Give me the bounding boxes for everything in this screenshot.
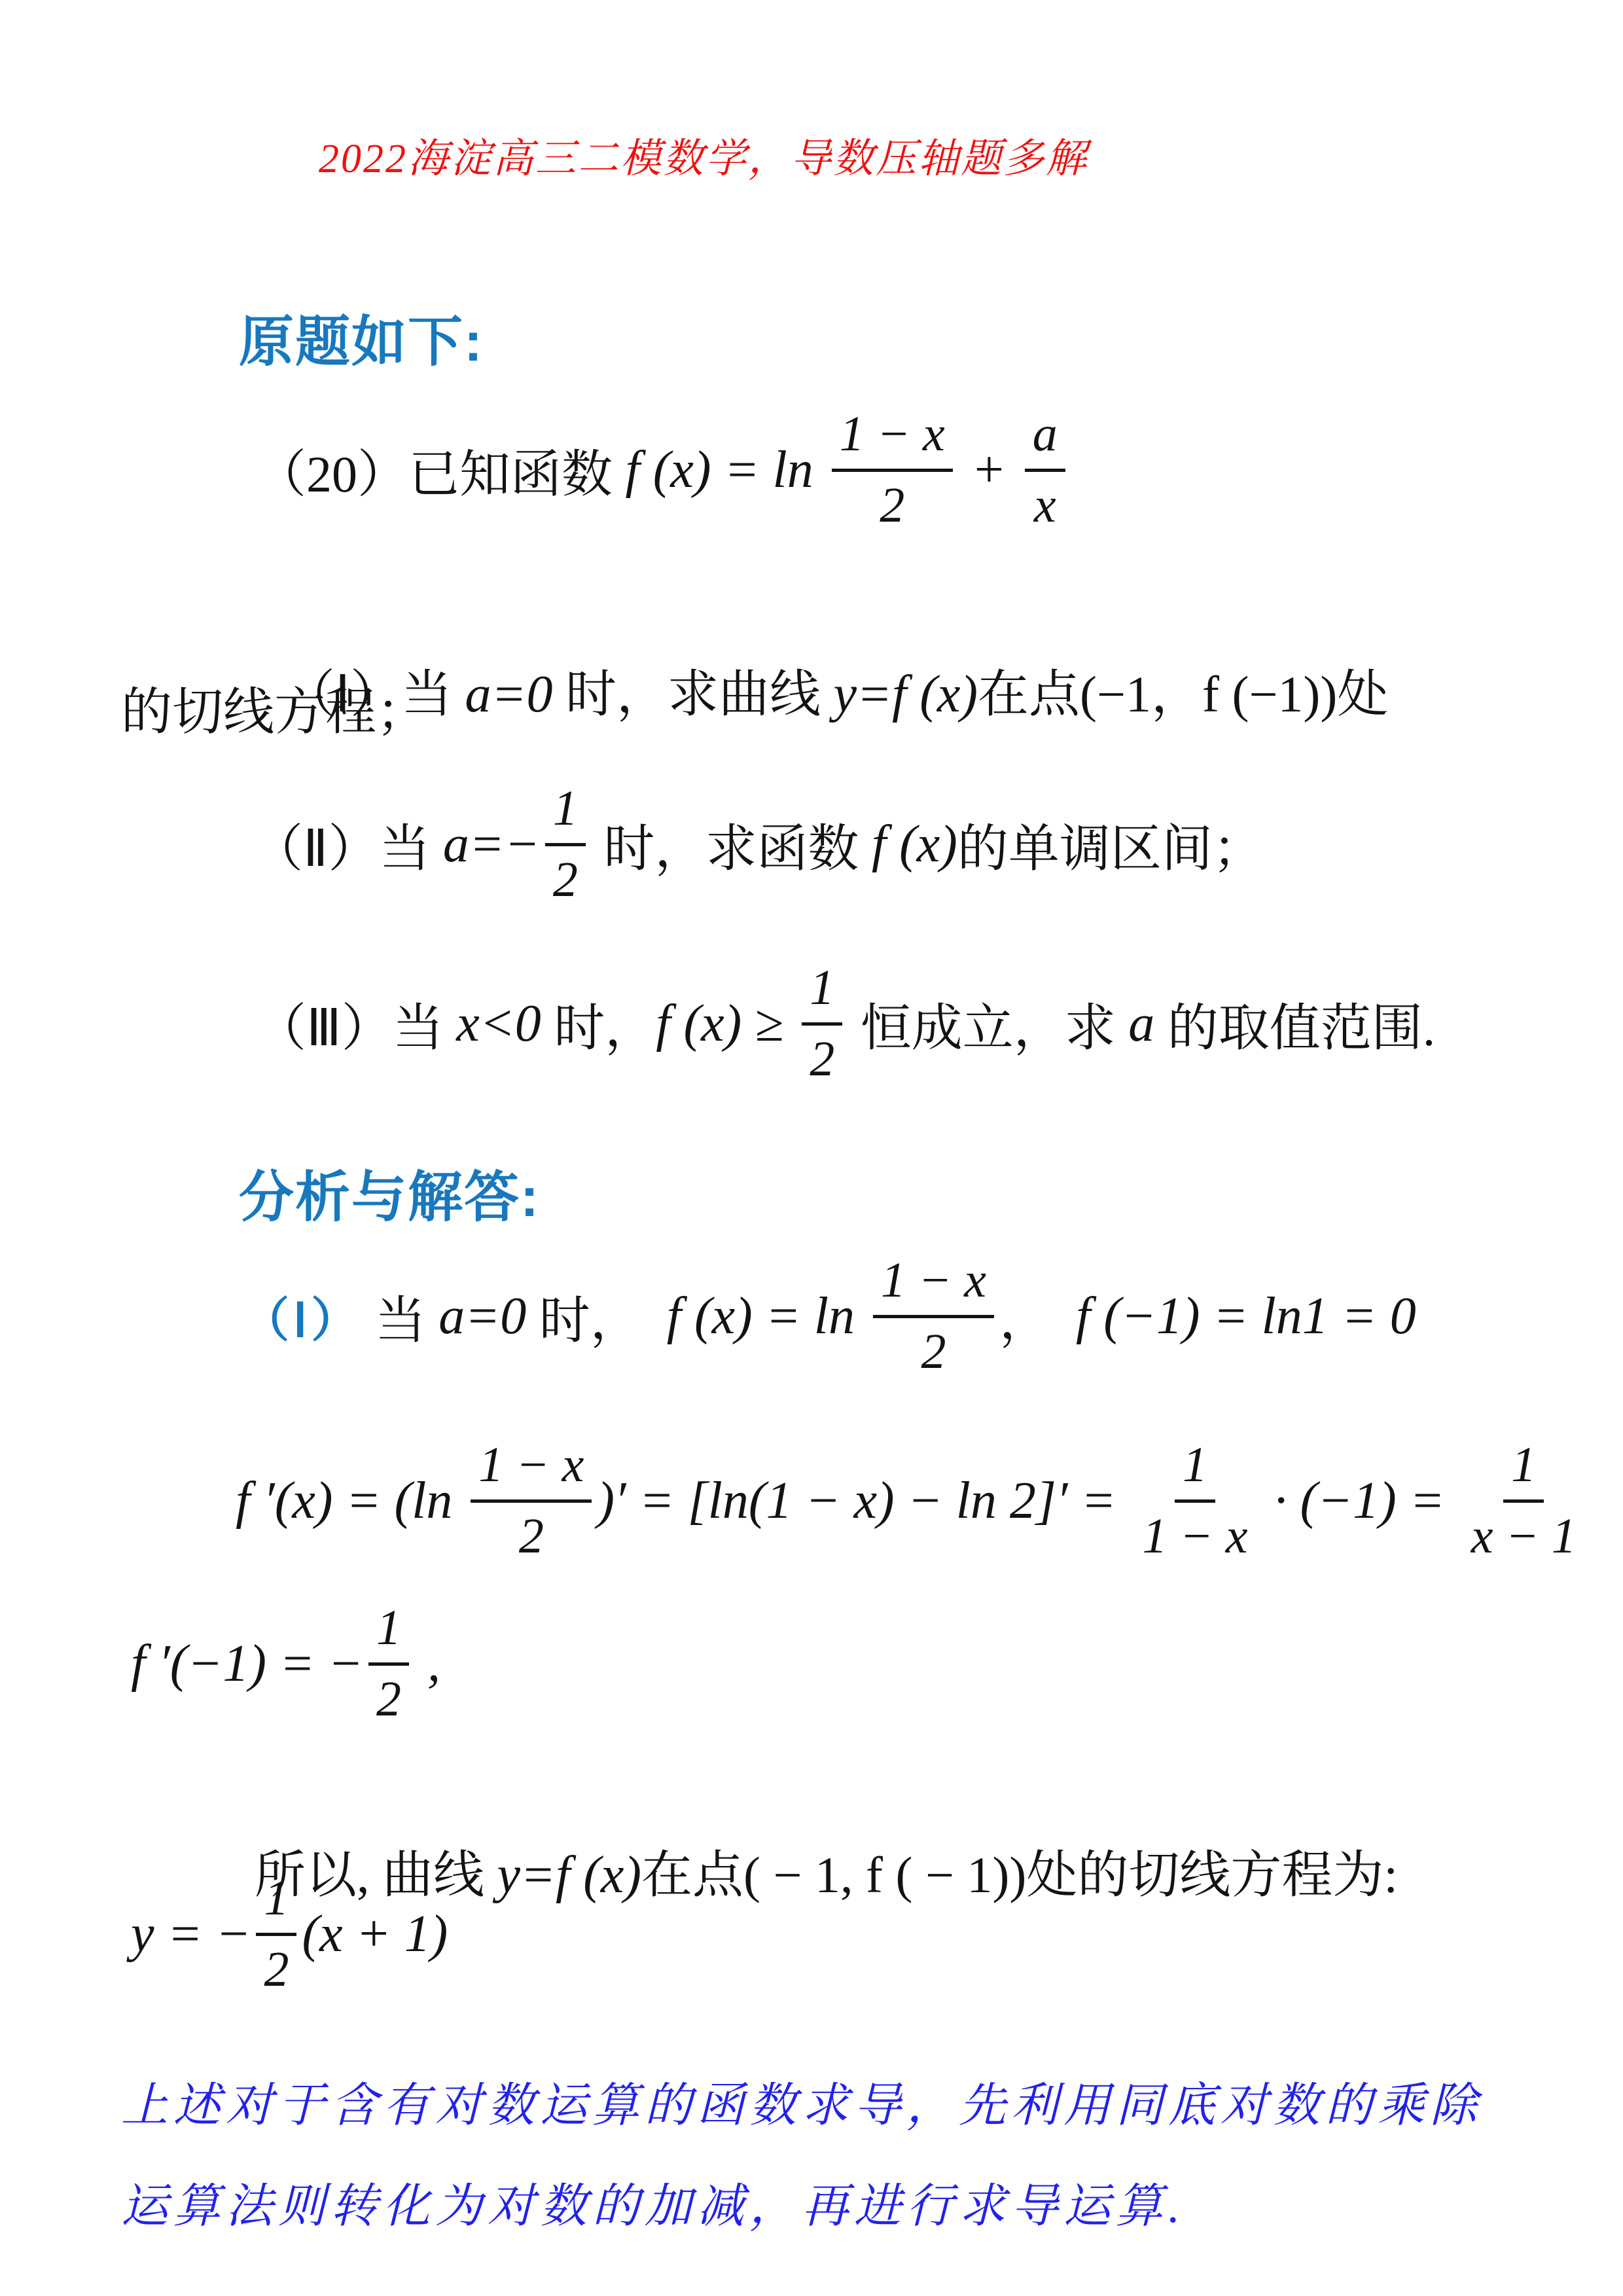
fraction-denominator: 1 − x bbox=[1135, 1503, 1256, 1565]
q20-plus-sign: + bbox=[958, 440, 1020, 500]
q20-line: （20）已知函数 f (x) = ln 1 − x 2 + a x bbox=[255, 393, 1071, 547]
step1-math-fx-ln: f (x) = ln bbox=[667, 1287, 868, 1346]
fraction-denominator: x − 1 bbox=[1463, 1503, 1584, 1565]
page-title: 2022海淀高三二模数学，导数压轴题多解 bbox=[319, 126, 1088, 184]
step2-fraction-a: 1 − x 2 bbox=[471, 1437, 592, 1565]
q20-fraction-1: 1 − x 2 bbox=[832, 406, 953, 534]
solution-heading: 分析与解答: bbox=[239, 1153, 540, 1232]
fraction-numerator: 1 bbox=[802, 960, 842, 1025]
fraction-numerator: a bbox=[1025, 406, 1065, 471]
q20-fraction-2: a x bbox=[1025, 406, 1065, 534]
fraction-denominator: 2 bbox=[545, 846, 586, 908]
fraction-denominator: 2 bbox=[872, 472, 912, 534]
part1-math-a0: a=0 bbox=[465, 666, 553, 723]
step3-fraction: 1 2 bbox=[368, 1600, 409, 1728]
fraction-denominator: 2 bbox=[511, 1503, 552, 1565]
part1-line1: （Ⅰ）当 a=0 时，求曲线 y=f (x)在点(−1，f (−1))处 bbox=[259, 594, 1388, 726]
fraction-denominator: 2 bbox=[802, 1026, 842, 1088]
fraction-denominator: 2 bbox=[914, 1318, 954, 1380]
step1-part-label: （Ⅰ） bbox=[242, 1282, 362, 1350]
solution-step2: f ′(x) = (ln 1 − x 2 )′ = [ln(1 − x) − l… bbox=[236, 1426, 1590, 1576]
part2-fraction: 1 2 bbox=[545, 780, 586, 908]
step1-text-b: 时， bbox=[526, 1280, 667, 1353]
solution-step5: y = − 1 2 (x + 1) bbox=[131, 1859, 448, 2009]
fraction-numerator: 1 bbox=[368, 1600, 409, 1665]
step4-math-yfx: y=f (x) bbox=[497, 1846, 642, 1904]
step1-math-a0: a=0 bbox=[438, 1287, 526, 1346]
part3-math-a: a bbox=[1128, 994, 1154, 1054]
part1-text-b: 时，求曲线 bbox=[553, 666, 834, 723]
fraction-denominator: 2 bbox=[256, 1936, 296, 1998]
step5-math-b: (x + 1) bbox=[302, 1905, 448, 1964]
fraction-numerator: 1 − x bbox=[832, 406, 953, 471]
step1-text-a: 当 bbox=[362, 1280, 438, 1353]
fraction-numerator: 1 − x bbox=[873, 1252, 994, 1318]
step5-fraction: 1 2 bbox=[256, 1870, 296, 1998]
step2-math-b: )′ = [ln(1 − x) − ln 2]′ = bbox=[597, 1471, 1129, 1531]
fraction-numerator: 1 − x bbox=[471, 1437, 592, 1502]
step1-fraction: 1 − x 2 bbox=[873, 1252, 994, 1380]
q20-function-eq: f (x) = ln bbox=[626, 440, 827, 500]
fraction-numerator: 1 bbox=[256, 1870, 296, 1935]
step2-math-c: · (−1) = bbox=[1261, 1471, 1458, 1531]
problem-heading: 原题如下: bbox=[239, 298, 484, 377]
step2-fraction-c: 1 x − 1 bbox=[1463, 1437, 1584, 1565]
step2-math-a: f ′(x) = (ln bbox=[236, 1471, 465, 1531]
part2-line: （Ⅱ）当 a=− 1 2 时，求函数 f (x) 的单调区间； bbox=[252, 771, 1264, 918]
step1-comma: ， bbox=[999, 1280, 1076, 1353]
part3-math-x0: x<0 bbox=[456, 994, 541, 1054]
part2-text-a: （Ⅱ）当 bbox=[252, 808, 443, 881]
part3-text-c: 恒成立，求 bbox=[847, 987, 1128, 1060]
part2-math-a-eq: a=− bbox=[443, 815, 540, 874]
part3-line: （Ⅲ）当 x<0 时， f (x) ≥ 1 2 恒成立，求 a 的取值范围. bbox=[255, 950, 1435, 1097]
part3-text-a: （Ⅲ）当 bbox=[255, 987, 456, 1060]
solution-step1: （Ⅰ） 当 a=0 时， f (x) = ln 1 − x 2 ， f (−1)… bbox=[242, 1242, 1416, 1390]
fraction-numerator: 1 bbox=[545, 780, 586, 846]
step2-fraction-b: 1 1 − x bbox=[1135, 1437, 1256, 1565]
part3-fraction: 1 2 bbox=[802, 960, 842, 1088]
part1-math-yfx: y=f (x) bbox=[834, 666, 978, 723]
fraction-numerator: 1 bbox=[1175, 1437, 1215, 1502]
part3-text-b: 时， bbox=[541, 987, 656, 1060]
part1-line2: 的切线方程； bbox=[121, 671, 427, 744]
q20-prefix: （20）已知函数 bbox=[255, 433, 626, 507]
step1-math-f-neg1: f (−1) = ln1 = 0 bbox=[1076, 1287, 1416, 1346]
fraction-denominator: x bbox=[1026, 472, 1064, 534]
remark-line2: 运算法则转化为对数的加减，再进行求导运算. bbox=[121, 2168, 1185, 2236]
part1-text-c: 在点(−1，f (−1))处 bbox=[978, 666, 1388, 723]
solution-step3: f ′(−1) = − 1 2 , bbox=[131, 1592, 440, 1736]
part2-math-fx: f (x) bbox=[872, 815, 957, 874]
part2-text-c: 的单调区间； bbox=[957, 808, 1264, 881]
remark-line1: 上述对于含有对数运算的函数求导，先利用同底对数的乘除 bbox=[121, 2067, 1482, 2135]
step3-comma: , bbox=[414, 1634, 440, 1694]
part3-math-fx-ge: f (x) ≥ bbox=[656, 994, 796, 1054]
part3-text-d: 的取值范围. bbox=[1154, 987, 1435, 1060]
fraction-denominator: 2 bbox=[368, 1666, 409, 1728]
step4-text-b: 在点( − 1, f ( − 1))处的切线方程为: bbox=[641, 1846, 1398, 1903]
step3-math-a: f ′(−1) = − bbox=[131, 1634, 363, 1694]
fraction-numerator: 1 bbox=[1503, 1437, 1544, 1502]
step5-math-a: y = − bbox=[131, 1905, 251, 1964]
part2-text-b: 时，求函数 bbox=[591, 808, 872, 881]
